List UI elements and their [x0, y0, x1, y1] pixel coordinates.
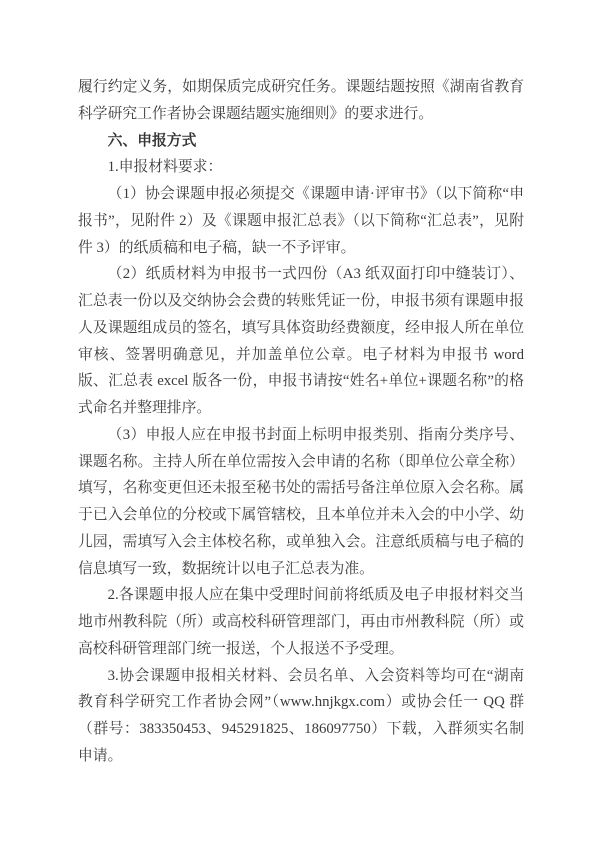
document-page: 履行约定义务，如期保质完成研究任务。课题结题按照《湖南省教育科学研究工作者协会课… [0, 0, 600, 848]
paragraph-download-info: 3.协会课题申报相关材料、会员名单、入会资料等均可在“湖南教育科学研究工作者协会… [78, 663, 524, 770]
paragraph-item-3: （3）申报人应在申报书封面上标明申报类别、指南分类序号、课题名称。主持人所在单位… [78, 422, 524, 583]
paragraph-submission: 2.各课题申报人应在集中受理时间前将纸质及电子申报材料交当地市州教科院（所）或高… [78, 582, 524, 662]
paragraph-materials-requirement: 1.申报材料要求： [78, 154, 524, 181]
paragraph-item-2: （2）纸质材料为申报书一式四份（A3 纸双面打印中缝装订）、汇总表一份以及交纳协… [78, 261, 524, 422]
paragraph-item-1: （1）协会课题申报必须提交《课题申请·评审书》（以下简称“申报书”，见附件 2）… [78, 181, 524, 261]
paragraph-continuation: 履行约定义务，如期保质完成研究任务。课题结题按照《湖南省教育科学研究工作者协会课… [78, 74, 524, 128]
section-heading: 六、申报方式 [78, 128, 524, 155]
